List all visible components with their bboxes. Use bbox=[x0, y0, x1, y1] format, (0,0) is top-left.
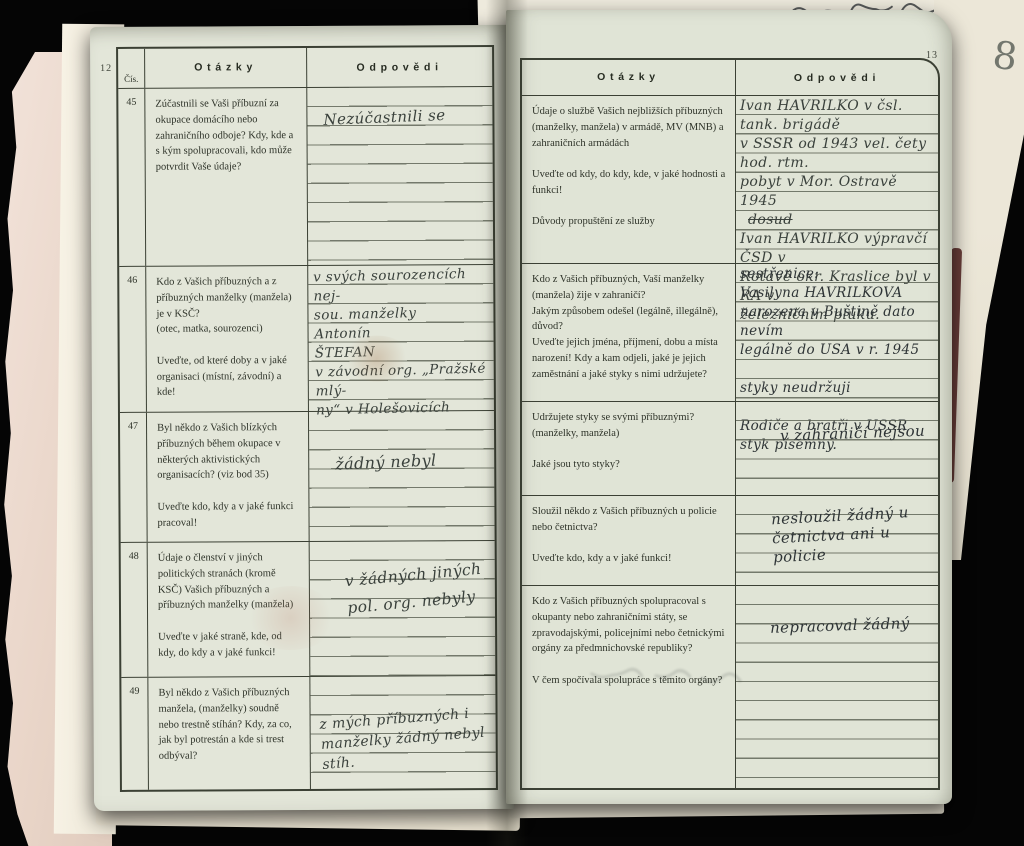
handwritten-answer: Nezúčastnili se bbox=[323, 104, 493, 130]
answer-cell: Nezúčastnili se bbox=[307, 87, 493, 265]
question-row-45: 45 Zúčastnili se Vaši příbuzní za okupac… bbox=[118, 87, 493, 267]
archival-photo: 12 Čís. Otázky Odpovědi 45 Zúčastnili se… bbox=[0, 0, 1024, 846]
left-page: 12 Čís. Otázky Odpovědi 45 Zúčastnili se… bbox=[90, 25, 514, 811]
question-text: Byl někdo z Vašich blízkých příbuzných b… bbox=[147, 412, 310, 542]
answer-cell: sestřenice: Vasilyna HAVRILKOVA narozena… bbox=[736, 264, 938, 401]
answers-column-header: Odpovědi bbox=[736, 60, 938, 95]
questions-column-header: Otázky bbox=[522, 60, 736, 95]
question-number: 45 bbox=[118, 89, 146, 266]
question-text: Udržujete styky se svými příbuznými? (ma… bbox=[522, 402, 736, 495]
question-row-abroad: Kdo z Vašich příbuzných, Vaší manželky (… bbox=[522, 264, 938, 402]
question-text: Kdo z Vašich příbuzných, Vaší manželky (… bbox=[522, 264, 736, 401]
question-text: Údaje o členství v jiných politických st… bbox=[148, 542, 311, 677]
answer-cell: z mých příbuzných i manželky žádný nebyl… bbox=[310, 676, 496, 789]
table-header-row: Otázky Odpovědi bbox=[522, 60, 938, 96]
question-row-service: Údaje o službě Vašich nejbližších příbuz… bbox=[522, 96, 938, 264]
answer-cell: v svých sourozencích nej- sou. manželky … bbox=[308, 265, 494, 411]
answers-column-header: Odpovědi bbox=[307, 47, 492, 87]
question-text: Zúčastnili se Vaši příbuzní za okupace d… bbox=[145, 88, 308, 266]
handwritten-answer: žádný nebyl bbox=[335, 448, 495, 473]
question-row-47: 47 Byl někdo z Vašich blízkých příbuznýc… bbox=[120, 411, 495, 543]
handwritten-answer: Ivan HAVRILKO v čsl. tank. brigádě v SSS… bbox=[740, 97, 938, 211]
ink-bleed-through bbox=[545, 657, 746, 704]
page-number-left: 12 bbox=[100, 63, 112, 74]
question-row-49: 49 Byl někdo z Vašich příbuzných manžela… bbox=[121, 676, 496, 790]
question-row-46: 46 Kdo z Vašich příbuzných a z příbuznýc… bbox=[119, 265, 494, 413]
questions-column-header: Otázky bbox=[145, 48, 307, 88]
question-row-contacts: Udržujete styky se svými příbuznými? (ma… bbox=[522, 402, 938, 496]
answer-cell: v zahraničí nejsou bbox=[736, 402, 938, 495]
question-text: Byl někdo z Vašich příbuzných manžela, (… bbox=[148, 677, 311, 790]
question-row-police: Sloužil někdo z Vašich příbuzných u poli… bbox=[522, 496, 938, 586]
right-page: 13 Otázky Odpovědi Údaje o službě Vašich… bbox=[506, 10, 952, 804]
question-text: Kdo z Vašich příbuzných a z příbuzných m… bbox=[146, 266, 309, 412]
handwritten-answer: v svých sourozencích nej- sou. manželky … bbox=[313, 264, 495, 420]
number-column-header: Čís. bbox=[118, 49, 145, 88]
question-row-48: 48 Údaje o členství v jiných politických… bbox=[121, 541, 496, 678]
question-text: Údaje o službě Vašich nejbližších příbuz… bbox=[522, 96, 736, 263]
handwritten-answer-struck: dosud bbox=[748, 211, 938, 230]
question-text: Sloužil někdo z Vašich příbuzných u poli… bbox=[522, 496, 736, 585]
handwritten-answer: nesloužil žádný u četnictva ani u polici… bbox=[771, 502, 940, 568]
handwritten-answer: nepracoval žádný bbox=[770, 613, 939, 638]
handwritten-answer: v zahraničí nejsou bbox=[780, 421, 939, 446]
answer-cell: nesloužil žádný u četnictva ani u polici… bbox=[736, 496, 938, 585]
question-number: 49 bbox=[121, 678, 149, 790]
answer-cell: v žádných jiných pol. org. nebyly bbox=[310, 541, 496, 676]
handwritten-answer: v žádných jiných pol. org. nebyly bbox=[344, 555, 497, 623]
table-header-row: Čís. Otázky Odpovědi bbox=[118, 47, 492, 89]
answer-cell: žádný nebyl bbox=[309, 411, 495, 541]
handwritten-answer: z mých příbuzných i manželky žádný nebyl… bbox=[319, 702, 498, 775]
question-number: 48 bbox=[121, 543, 149, 677]
answer-cell: nepracoval žádný bbox=[736, 586, 938, 788]
questionnaire-table-left: Čís. Otázky Odpovědi 45 Zúčastnili se Va… bbox=[116, 45, 498, 792]
answer-cell: Ivan HAVRILKO v čsl. tank. brigádě v SSS… bbox=[736, 96, 938, 263]
question-number: 47 bbox=[120, 413, 148, 542]
question-number: 46 bbox=[119, 267, 147, 412]
